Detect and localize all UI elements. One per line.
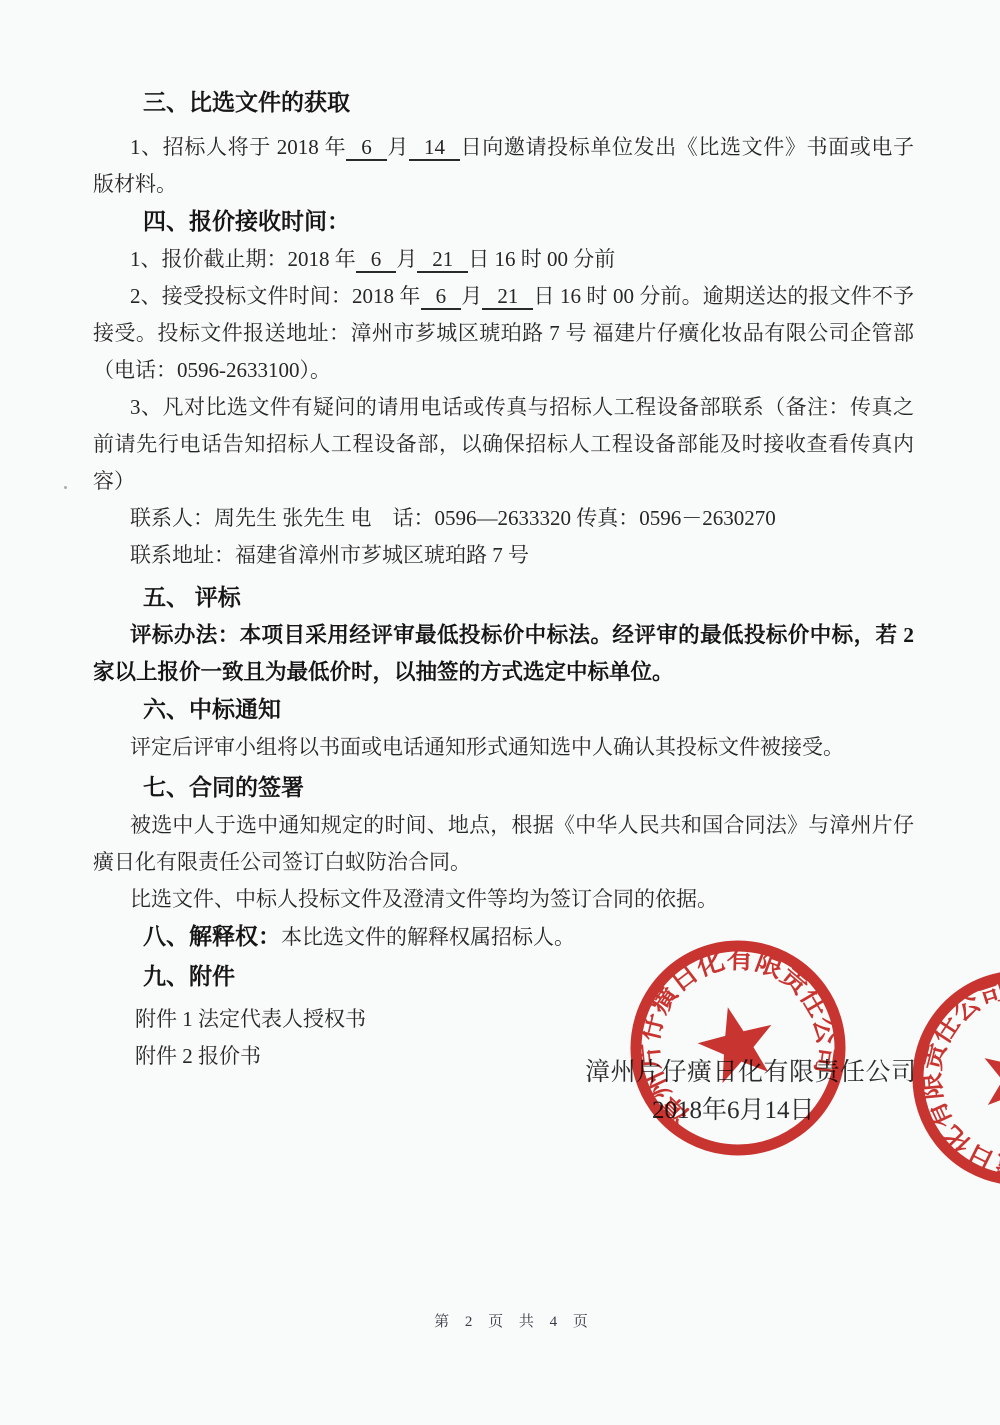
contact-address-line: 联系地址：福建省漳州市芗城区琥珀路 7 号 bbox=[93, 537, 914, 574]
filled-blank-month: 6 bbox=[421, 284, 462, 310]
section-7-heading: 七、合同的签署 bbox=[93, 769, 914, 807]
section-8-body-text: 本比选文件的解释权属招标人。 bbox=[281, 925, 575, 949]
contact-person-line: 联系人：周先生 张先生 电 话：0596—2633320 传真：0596－263… bbox=[93, 500, 914, 537]
section-3-paragraph-1: 1、招标人将于 2018 年6月14日向邀请投标单位发出《比选文件》书面或电子版… bbox=[93, 129, 914, 203]
text-run: 1、招标人将于 2018 年 bbox=[130, 135, 346, 159]
text-run: 1、报价截止期：2018 年 bbox=[130, 247, 356, 271]
filled-blank-day: 14 bbox=[409, 135, 460, 161]
filled-blank-month: 6 bbox=[356, 247, 397, 273]
document-page: 三、比选文件的获取 1、招标人将于 2018 年6月14日向邀请投标单位发出《比… bbox=[0, 0, 1000, 1425]
text-run: 月 bbox=[461, 284, 482, 308]
section-4-paragraph-3: 3、凡对比选文件有疑问的请用电话或传真与招标人工程设备部联系（备注：传真之前请先… bbox=[93, 389, 914, 500]
filled-blank-day: 21 bbox=[482, 284, 533, 310]
text-run: 月 bbox=[396, 247, 417, 271]
section-7-paragraph-1: 被选中人于选中通知规定的时间、地点，根据《中华人民共和国合同法》与漳州片仔癀日化… bbox=[93, 807, 914, 881]
text-run: 月 bbox=[387, 135, 409, 159]
section-6-paragraph-1: 评定后评审小组将以书面或电话通知形式通知选中人确认其投标文件被接受。 bbox=[93, 729, 914, 766]
star-icon bbox=[691, 998, 782, 1087]
section-4-heading: 四、报价接收时间： bbox=[93, 203, 914, 241]
section-4-paragraph-2: 2、接受投标文件时间：2018 年6月21日 16 时 00 分前。逾期送达的报… bbox=[93, 278, 914, 389]
section-8-heading-label: 八、解释权： bbox=[143, 924, 281, 949]
text-run: 2、接受投标文件时间：2018 年 bbox=[130, 284, 421, 308]
text-run: 日 16 时 00 分前 bbox=[468, 247, 615, 271]
star-icon bbox=[963, 1029, 1000, 1134]
scan-speck bbox=[64, 486, 67, 489]
section-5-paragraph-1: 评标办法：本项目采用经评审最低投标价中标法。经评审的最低投标价中标，若 2 家以… bbox=[93, 617, 914, 691]
section-5-heading: 五、 评标 bbox=[93, 579, 914, 617]
section-4-paragraph-1: 1、报价截止期：2018 年6月21日 16 时 00 分前 bbox=[93, 241, 914, 278]
filled-blank-month: 6 bbox=[346, 135, 387, 161]
section-6-heading: 六、中标通知 bbox=[93, 691, 914, 729]
page-number-footer: 第 2 页 共 4 页 bbox=[0, 1310, 1000, 1331]
filled-blank-day: 21 bbox=[417, 247, 468, 273]
section-3-heading: 三、比选文件的获取 bbox=[93, 84, 914, 122]
